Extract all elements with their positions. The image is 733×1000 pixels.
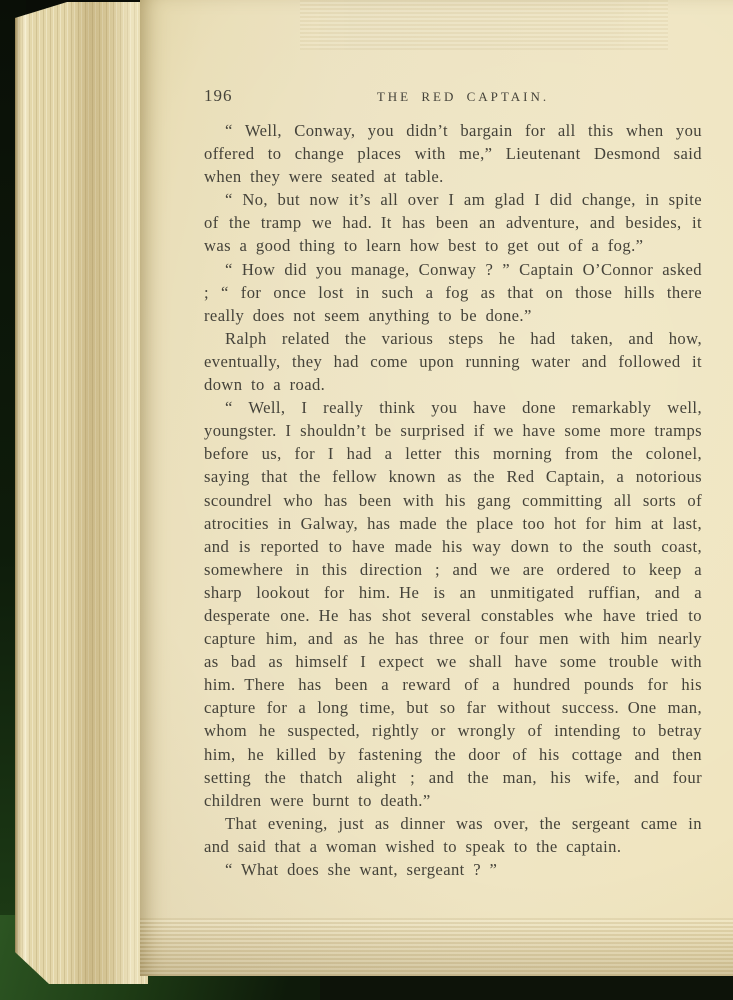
page-top-edge-streaks [300,0,668,50]
paragraph: That evening, just as dinner was over, t… [204,812,702,858]
page-number: 196 [204,86,274,106]
page-bottom-edge-streaks [140,918,733,976]
running-title: THE RED CAPTAIN. [274,89,652,105]
paragraph: “ What does she want, sergeant ? ” [204,858,702,881]
paragraph: “ Well, Conway, you didn’t bargain for a… [204,119,702,188]
printed-text-column: 196 THE RED CAPTAIN. “ Well, Conway, you… [204,86,702,881]
paragraph: “ No, but now it’s all over I am glad I … [204,188,702,257]
page-edge-stack-left [15,2,148,984]
paragraph: “ Well, I really think you have done rem… [204,396,702,812]
paragraph: Ralph related the various steps he had t… [204,327,702,396]
book-page: 196 THE RED CAPTAIN. “ Well, Conway, you… [140,0,733,976]
book-photo: 196 THE RED CAPTAIN. “ Well, Conway, you… [0,0,733,1000]
page-body-text: “ Well, Conway, you didn’t bargain for a… [204,119,702,881]
running-head: 196 THE RED CAPTAIN. [204,86,702,106]
paragraph: “ How did you manage, Conway ? ” Captain… [204,258,702,327]
